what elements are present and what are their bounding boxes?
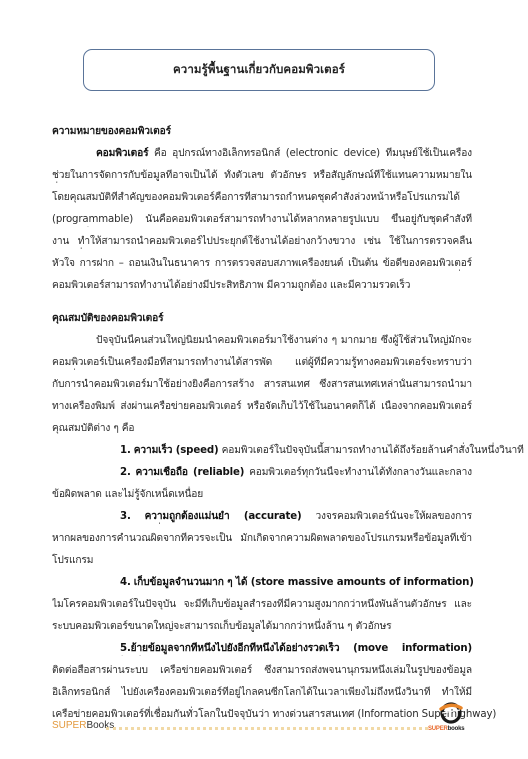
item-title: ความเชื่อถือ (reliable) xyxy=(135,467,244,478)
line-text: คือ อุปกรณ์ทางอิเล็กทรอนิกส์ (electronic… xyxy=(96,148,472,161)
paragraph-line: ทางเครื่องพิมพ์ ส่งผ่านเครือข่ายคอมพิวเต… xyxy=(52,400,472,414)
paragraph-line: หากผลของการคำนวณผิดจากที่ควรจะเป็น มักเก… xyxy=(52,532,472,546)
paragraph-line: ข้อผิดพลาด และไม่รู้จักเหน็ดเหนื่อย xyxy=(52,488,472,502)
section-heading-properties: คุณสมบัติของคอมพิวเตอร์ xyxy=(52,312,472,326)
paragraph-line: ติดต่อสื่อสารผ่านระบบ เครือข่ายคอมพิวเตอ… xyxy=(52,664,472,678)
paragraph-line: ช่วยในการจัดการกับข้อมูลที่อาจเป็นได้ ทั… xyxy=(52,169,472,183)
paragraph-line: โปรแกรม xyxy=(52,554,472,568)
paragraph-line: คอมพิวเตอร์ คือ อุปกรณ์ทางอิเล็กทรอนิกส์… xyxy=(96,147,472,161)
item-title: เก็บข้อมูลจำนวนมาก ๆ ได้ (store massive … xyxy=(134,577,474,588)
paragraph-line: งาน ทำให้สามารถนำคอมพิวเตอร์ไปประยุกต์ใช… xyxy=(52,235,472,249)
list-item-storage: 4. เก็บข้อมูลจำนวนมาก ๆ ได้ (store massi… xyxy=(120,576,472,590)
item-number: 2. xyxy=(120,467,131,478)
paragraph-line: คุณสมบัติต่าง ๆ คือ xyxy=(52,422,472,436)
footer-dotted-rule xyxy=(106,727,428,730)
item-title: ย้ายข้อมูลจากที่หนึ่งไปยังอีกที่หนึ่งได้… xyxy=(131,643,472,654)
item-text: คอมพิวเตอร์ในปัจจุบันนี้สามารถทำงานได้ถึ… xyxy=(222,445,524,456)
paragraph-line: โดยคุณสมบัติที่สำคัญของคอมพิวเตอร์คือการ… xyxy=(52,191,472,205)
item-number: 4. xyxy=(120,577,131,588)
title-box: ความรู้พื้นฐานเกี่ยวกับคอมพิวเตอร์ xyxy=(83,49,435,91)
paragraph-line: (programmable) นั่นคือคอมพิวเตอร์สามารถท… xyxy=(52,213,472,227)
section-heading-definition: ความหมายของคอมพิวเตอร์ xyxy=(52,125,472,139)
item-title: ความถูกต้องแม่นยำ (accurate) xyxy=(145,511,302,522)
list-item-move-information: 5.ย้ายข้อมูลจากที่หนึ่งไปยังอีกที่หนึ่งไ… xyxy=(120,642,472,656)
paragraph-line: คอมพิวเตอร์เป็นเครื่องมือที่สามารถทำงานไ… xyxy=(52,356,472,370)
list-item-speed: 1. ความเร็ว (speed) คอมพิวเตอร์ในปัจจุบั… xyxy=(120,444,472,458)
item-number: 5. xyxy=(120,643,131,654)
paragraph-line: ไมโครคอมพิวเตอร์ในปัจจุบัน จะมีที่เก็บข้… xyxy=(52,598,472,612)
logo-super-text: SUPER xyxy=(428,726,448,732)
logo-wordmark: SUPERbooks xyxy=(428,726,464,732)
item-number: 1. xyxy=(120,445,131,456)
brand-super-text: SUPER xyxy=(52,720,86,731)
item-title: ความเร็ว (speed) xyxy=(134,445,219,456)
item-number: 3. xyxy=(120,511,131,522)
paragraph-line: อิเล็กทรอนิกส์ ไปยังเครื่องคอมพิวเตอร์ที… xyxy=(52,686,472,700)
paragraph-line: ปัจจุบันนี้คนส่วนใหญ่นิยมนำคอมพิวเตอร์มา… xyxy=(96,334,472,348)
paragraph-line: ระบบคอมพิวเตอร์ขนาดใหญ่จะสามารถเก็บข้อมู… xyxy=(52,620,472,634)
paragraph-line: กับการนำคอมพิวเตอร์มาใช้อย่างยิ่งคือการส… xyxy=(52,378,472,392)
list-item-reliable: 2. ความเชื่อถือ (reliable) คอมพิวเตอร์ทุ… xyxy=(120,466,472,480)
paragraph-line: คอมพิวเตอร์สามารถทำงานได้อย่างมีประสิทธิ… xyxy=(52,279,472,293)
list-item-accurate: 3. ความถูกต้องแม่นยำ (accurate) วงจรคอมพ… xyxy=(120,510,472,524)
footer-brand: SUPERBooks xyxy=(52,720,114,731)
paragraph-line: หัวใจ การฝาก – ถอนเงินในธนาคาร การตรวจสอ… xyxy=(52,257,472,271)
bold-term: คอมพิวเตอร์ xyxy=(96,148,148,159)
paragraph-line: เครือข่ายคอมพิวเตอร์ที่เชื่อมกันทั่วโลกใ… xyxy=(52,708,472,722)
logo-books-text: books xyxy=(448,726,465,732)
page-title: ความรู้พื้นฐานเกี่ยวกับคอมพิวเตอร์ xyxy=(173,61,345,79)
